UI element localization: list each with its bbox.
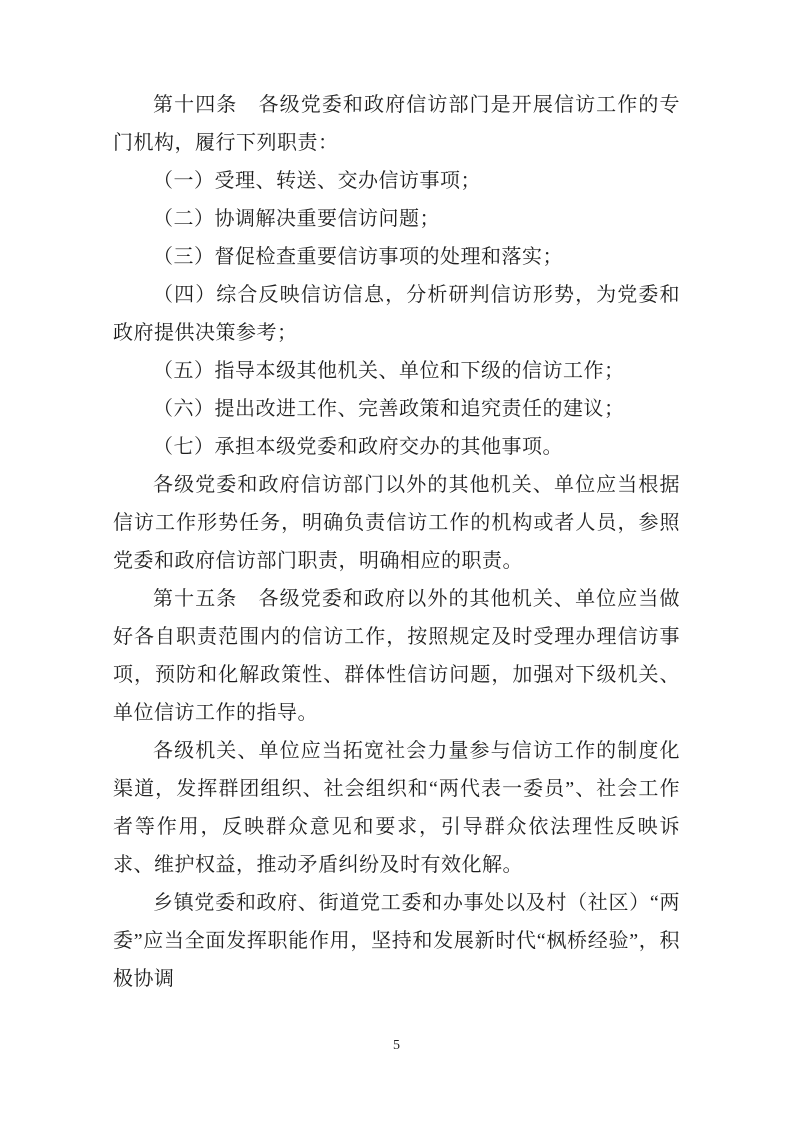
page-number: 5 (0, 1038, 793, 1054)
article-15-second-paragraph: 各级机关、单位应当拓宽社会力量参与信访工作的制度化渠道，发挥群团组织、社会组织和… (113, 732, 680, 884)
article-14-item-2: （二）协调解决重要信访问题； (113, 200, 680, 238)
article-14-item-1: （一）受理、转送、交办信访事项； (113, 162, 680, 200)
document-page: 第十四条 各级党委和政府信访部门是开展信访工作的专门机构，履行下列职责： （一）… (0, 0, 793, 1122)
document-body: 第十四条 各级党委和政府信访部门是开展信访工作的专门机构，履行下列职责： （一）… (113, 86, 680, 998)
article-14-closing-paragraph: 各级党委和政府信访部门以外的其他机关、单位应当根据信访工作形势任务，明确负责信访… (113, 466, 680, 580)
article-15-third-paragraph: 乡镇党委和政府、街道党工委和办事处以及村（社区）“两委”应当全面发挥职能作用，坚… (113, 884, 680, 998)
article-14-opening-paragraph: 第十四条 各级党委和政府信访部门是开展信访工作的专门机构，履行下列职责： (113, 86, 680, 162)
article-14-item-6: （六）提出改进工作、完善政策和追究责任的建议； (113, 390, 680, 428)
article-14-item-7: （七）承担本级党委和政府交办的其他事项。 (113, 428, 680, 466)
article-14-item-4: （四）综合反映信访信息，分析研判信访形势，为党委和政府提供决策参考； (113, 276, 680, 352)
article-15-opening-paragraph: 第十五条 各级党委和政府以外的其他机关、单位应当做好各自职责范围内的信访工作，按… (113, 580, 680, 732)
article-14-item-5: （五）指导本级其他机关、单位和下级的信访工作； (113, 352, 680, 390)
article-14-item-3: （三）督促检查重要信访事项的处理和落实； (113, 238, 680, 276)
